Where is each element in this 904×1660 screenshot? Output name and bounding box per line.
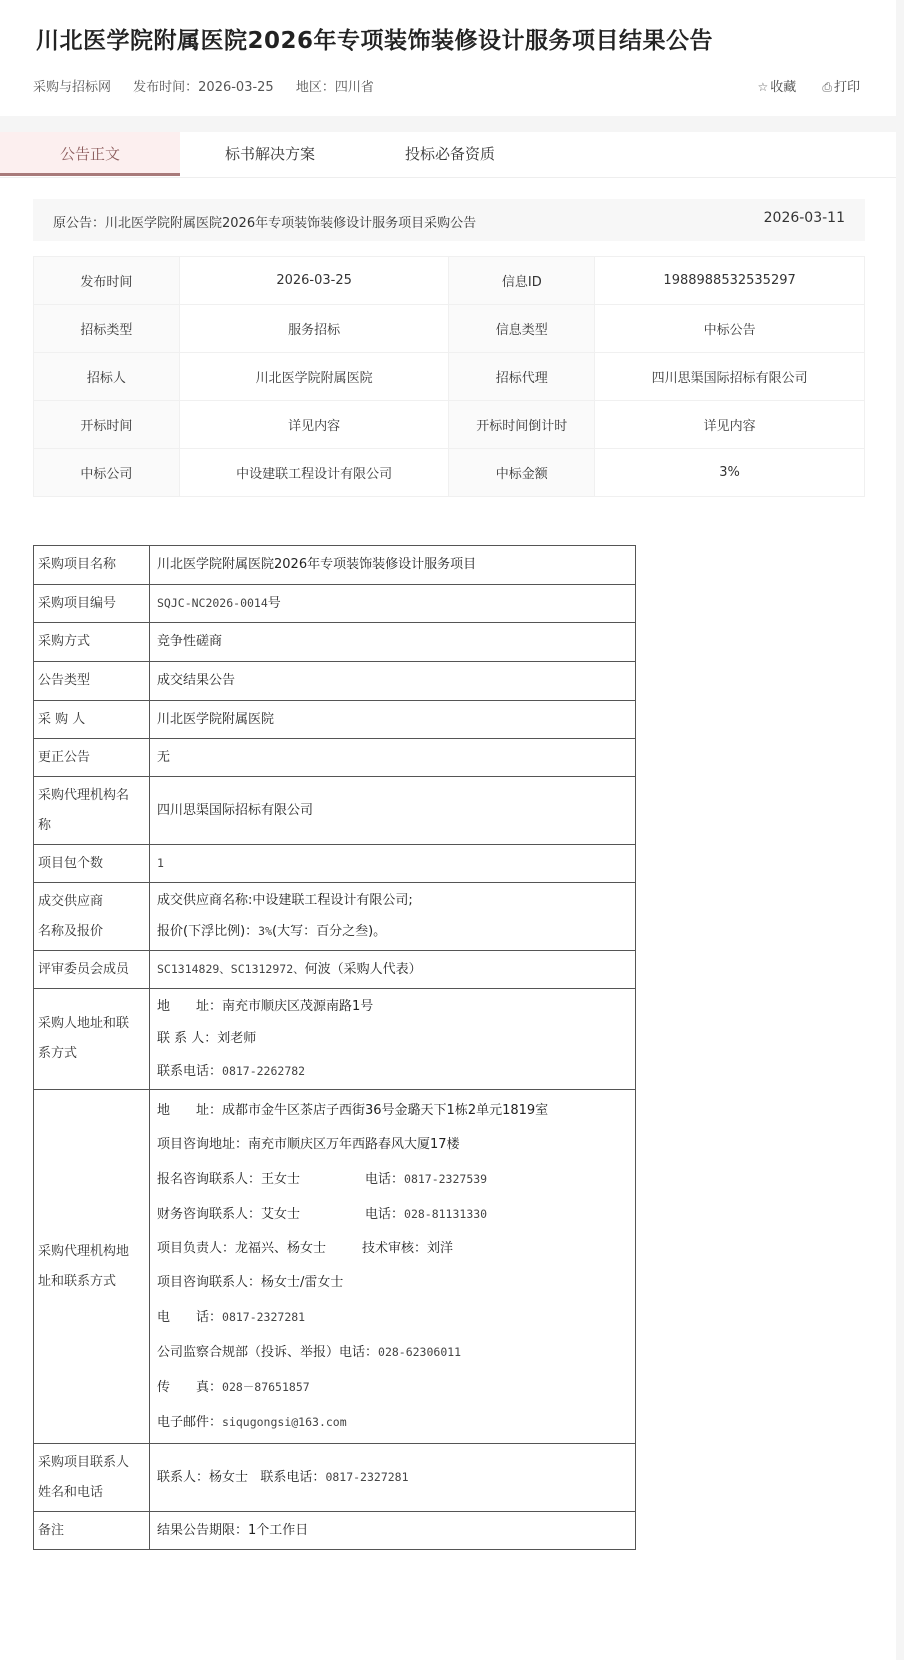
label-line: 系方式 [38,1039,145,1069]
label-line: 采购项目联系人 [38,1448,145,1478]
field-label: 联 系 人： [157,1031,217,1046]
row-value: 川北医学院附属医院 [150,701,636,739]
table-row: 采购项目联系人姓名和电话 联系人：杨女士 联系电话：0817-2327281 [34,1444,636,1512]
field-value: 刘老师 [217,1031,256,1046]
favorite-label: 收藏 [770,80,796,95]
publish-time: 发布时间：2026-03-25 [133,80,274,95]
project-number-suffix: 号 [268,596,281,611]
row-label: 成交供应商名称及报价 [34,883,150,951]
field-label: 报名咨询联系人：王女士 [157,1163,365,1197]
row-value: 1 [150,845,636,883]
print-label: 打印 [834,80,860,95]
agency-fax: 传 真：028－87651857 [157,1370,631,1405]
field-value: 028-62306011 [378,1345,461,1359]
table-row: 采购代理机构地址和联系方式 地 址：成都市金牛区茶店子西街36号金璐天下1栋2单… [34,1090,636,1444]
info-value: 中设建联工程设计有限公司 [179,449,449,497]
tab-bid-solution[interactable]: 标书解决方案 [180,132,360,176]
row-label: 采购人地址和联系方式 [34,989,150,1090]
field-label: 地 址： [157,1103,222,1118]
tab-bar: 公告正文 标书解决方案 投标必备资质 [0,132,896,178]
row-label: 采购代理机构名称 [34,777,150,845]
printer-icon: ⎙ [822,80,832,94]
committee-rep: 何波（采购人代表） [305,962,422,977]
field-value: 1个工作日 [248,1523,308,1538]
email-link[interactable]: siqugongsi@163.com [222,1415,347,1429]
field-value: 成都市金牛区茶店子西街36号金璐天下1栋2单元1819室 [222,1103,548,1118]
table-row: 采购项目名称 川北医学院附属医院2026年专项装饰装修设计服务项目 [34,546,636,585]
original-notice-link[interactable]: 原公告：川北医学院附属医院2026年专项装饰装修设计服务项目采购公告 [53,212,476,231]
row-value: SC1314829、SC1312972、何波（采购人代表） [150,951,636,989]
quote-label: 报价(下浮比例)： [157,924,258,939]
field-label: 联系电话： [260,1470,325,1485]
info-value: 详见内容 [179,401,449,449]
label-line: 址和联系方式 [38,1267,145,1297]
page-header: 川北医学院附属医院2026年专项装饰装修设计服务项目结果公告 采购与招标网 发布… [0,0,896,116]
info-row: 发布时间 2026-03-25 信息ID 1988988532535297 [34,257,865,305]
row-value: SQJC-NC2026-0014号 [150,585,636,623]
label-line: 成交供应商 [38,887,145,917]
field-label: 结果公告期限： [157,1523,248,1538]
info-value: 详见内容 [595,401,865,449]
tab-required-qualifications[interactable]: 投标必备资质 [360,132,540,176]
field-value: 0817-2327281 [325,1470,408,1484]
star-icon: ☆ [757,80,768,94]
row-label: 采购代理机构地址和联系方式 [34,1090,150,1444]
package-count: 1 [157,856,164,870]
info-key: 招标类型 [34,305,180,353]
label-line: 名称及报价 [38,917,145,947]
agency-email: 电子邮件：siqugongsi@163.com [157,1405,631,1440]
quote-value: 3% [258,924,272,938]
info-key: 信息ID [449,257,595,305]
project-leader: 项目负责人：龙福兴、杨女士技术审核：刘洋 [157,1232,631,1266]
tab-announcement-body[interactable]: 公告正文 [0,132,180,176]
original-notice-date: 2026-03-11 [764,210,845,226]
info-row: 中标公司 中设建联工程设计有限公司 中标金额 3% [34,449,865,497]
field-label: 财务咨询联系人：艾女士 [157,1198,365,1232]
info-grid: 发布时间 2026-03-25 信息ID 1988988532535297 招标… [33,256,865,497]
info-value: 川北医学院附属医院 [179,353,449,401]
table-row: 公告类型 成交结果公告 [34,662,636,701]
row-value: 地 址：南充市顺庆区茂源南路1号 联 系 人：刘老师 联系电话：0817-226… [150,989,636,1090]
row-label: 评审委员会成员 [34,951,150,989]
page: 川北医学院附属医院2026年专项装饰装修设计服务项目结果公告 采购与招标网 发布… [0,0,896,1660]
row-value: 结果公告期限：1个工作日 [150,1512,636,1550]
divider [0,116,896,132]
signup-contact: 报名咨询联系人：王女士电话：0817-2327539 [157,1162,631,1197]
row-value: 联系人：杨女士 联系电话：0817-2327281 [150,1444,636,1512]
info-key: 信息类型 [449,305,595,353]
row-value: 川北医学院附属医院2026年专项装饰装修设计服务项目 [150,546,636,585]
label-line: 姓名和电话 [38,1478,145,1508]
row-label: 公告类型 [34,662,150,701]
info-key: 中标公司 [34,449,180,497]
info-value: 3% [595,449,865,497]
row-value: 四川思渠国际招标有限公司 [150,777,636,845]
field-value: 技术审核：刘洋 [362,1241,453,1256]
favorite-button[interactable]: ☆收藏 [757,80,796,95]
agency-phone: 电 话：0817-2327281 [157,1300,631,1335]
table-row: 采购项目编号 SQJC-NC2026-0014号 [34,585,636,623]
table-row: 项目包个数 1 [34,845,636,883]
table-row: 采 购 人 川北医学院附属医院 [34,701,636,739]
row-value: 竞争性磋商 [150,623,636,662]
label-line: 采购人地址和联 [38,1009,145,1039]
info-key: 中标金额 [449,449,595,497]
field-value: 0817-2327539 [404,1172,487,1186]
row-label: 更正公告 [34,739,150,777]
info-value: 2026-03-25 [179,257,449,305]
row-label: 项目包个数 [34,845,150,883]
purchaser-address: 地 址：南充市顺庆区茂源南路1号 [157,991,631,1023]
consult-person: 项目咨询联系人：杨女士/雷女士 [157,1266,631,1300]
meta-bar: 采购与招标网 发布时间：2026-03-25 地区：四川省 [33,76,392,95]
info-key: 开标时间倒计时 [449,401,595,449]
field-label: 电子邮件： [157,1415,222,1430]
table-row: 采购代理机构名称 四川思渠国际招标有限公司 [34,777,636,845]
row-label: 采购方式 [34,623,150,662]
row-label: 采 购 人 [34,701,150,739]
row-label: 采购项目名称 [34,546,150,585]
supervision-phone: 公司监察合规部（投诉、举报）电话：028-62306011 [157,1335,631,1370]
info-value: 中标公告 [595,305,865,353]
field-label: 联系电话： [157,1064,222,1079]
info-value: 1988988532535297 [595,257,865,305]
row-label: 采购项目联系人姓名和电话 [34,1444,150,1512]
table-row: 采购方式 竞争性磋商 [34,623,636,662]
field-value: 0817-2262782 [222,1064,305,1078]
info-value: 服务招标 [179,305,449,353]
info-row: 招标类型 服务招标 信息类型 中标公告 [34,305,865,353]
committee-ids: SC1314829、SC1312972、 [157,962,305,976]
field-value: 028－87651857 [222,1380,310,1394]
table-row: 更正公告 无 [34,739,636,777]
field-value: 南充市顺庆区万年西路春风大厦17楼 [248,1137,460,1152]
info-row: 招标人 川北医学院附属医院 招标代理 四川思渠国际招标有限公司 [34,353,865,401]
field-label: 传 真： [157,1380,222,1395]
quote-uppercase: (大写：百分之叁)。 [272,924,386,939]
field-value: 联系人：杨女士 [157,1470,248,1485]
row-value: 成交供应商名称:中设建联工程设计有限公司; 报价(下浮比例)：3%(大写：百分之… [150,883,636,951]
consult-address: 项目咨询地址：南充市顺庆区万年西路春风大厦17楼 [157,1128,631,1162]
purchaser-phone: 联系电话：0817-2262782 [157,1055,631,1088]
detail-table: 采购项目名称 川北医学院附属医院2026年专项装饰装修设计服务项目 采购项目编号… [33,545,636,1550]
label-line: 采购代理机构地 [38,1237,145,1267]
agency-address: 地 址：成都市金牛区茶店子西街36号金璐天下1栋2单元1819室 [157,1094,631,1128]
field-value: 0817-2327281 [222,1310,305,1324]
field-value: 南充市顺庆区茂源南路1号 [222,999,373,1014]
field-label: 地 址： [157,999,222,1014]
table-row: 采购人地址和联系方式 地 址：南充市顺庆区茂源南路1号 联 系 人：刘老师 联系… [34,989,636,1090]
field-label: 电话： [365,1207,404,1222]
row-value: 地 址：成都市金牛区茶店子西街36号金璐天下1栋2单元1819室 项目咨询地址：… [150,1090,636,1444]
field-label: 项目咨询地址： [157,1137,248,1152]
info-row: 开标时间 详见内容 开标时间倒计时 详见内容 [34,401,865,449]
original-notice-bar[interactable]: 原公告：川北医学院附属医院2026年专项装饰装修设计服务项目采购公告 2026-… [33,199,865,241]
header-actions: ☆收藏 ⎙打印 [735,76,860,95]
field-label: 电 话： [157,1310,222,1325]
project-number: SQJC-NC2026-0014 [157,596,268,610]
info-key: 招标人 [34,353,180,401]
finance-contact: 财务咨询联系人：艾女士电话：028-81131330 [157,1197,631,1232]
table-row: 评审委员会成员 SC1314829、SC1312972、何波（采购人代表） [34,951,636,989]
info-key: 发布时间 [34,257,180,305]
row-label: 采购项目编号 [34,585,150,623]
print-button[interactable]: ⎙打印 [822,80,860,95]
supplier-name: 成交供应商名称:中设建联工程设计有限公司; [157,886,631,916]
field-value: 项目负责人：龙福兴、杨女士 [157,1232,362,1266]
field-value: 028-81131330 [404,1207,487,1221]
table-row: 备注 结果公告期限：1个工作日 [34,1512,636,1550]
info-key: 招标代理 [449,353,595,401]
supplier-quote: 报价(下浮比例)：3%(大写：百分之叁)。 [157,916,631,947]
label-line: 称 [38,811,145,841]
purchaser-person: 联 系 人：刘老师 [157,1023,631,1055]
label-line: 采购代理机构名 [38,781,145,811]
info-key: 开标时间 [34,401,180,449]
row-label: 备注 [34,1512,150,1550]
field-label: 公司监察合规部（投诉、举报）电话： [157,1345,378,1360]
source-link[interactable]: 采购与招标网 [33,80,111,95]
info-value: 四川思渠国际招标有限公司 [595,353,865,401]
row-value: 无 [150,739,636,777]
page-title: 川北医学院附属医院2026年专项装饰装修设计服务项目结果公告 [36,22,713,55]
field-label: 电话： [365,1172,404,1187]
table-row: 成交供应商名称及报价 成交供应商名称:中设建联工程设计有限公司; 报价(下浮比例… [34,883,636,951]
region: 地区：四川省 [296,80,374,95]
row-value: 成交结果公告 [150,662,636,701]
